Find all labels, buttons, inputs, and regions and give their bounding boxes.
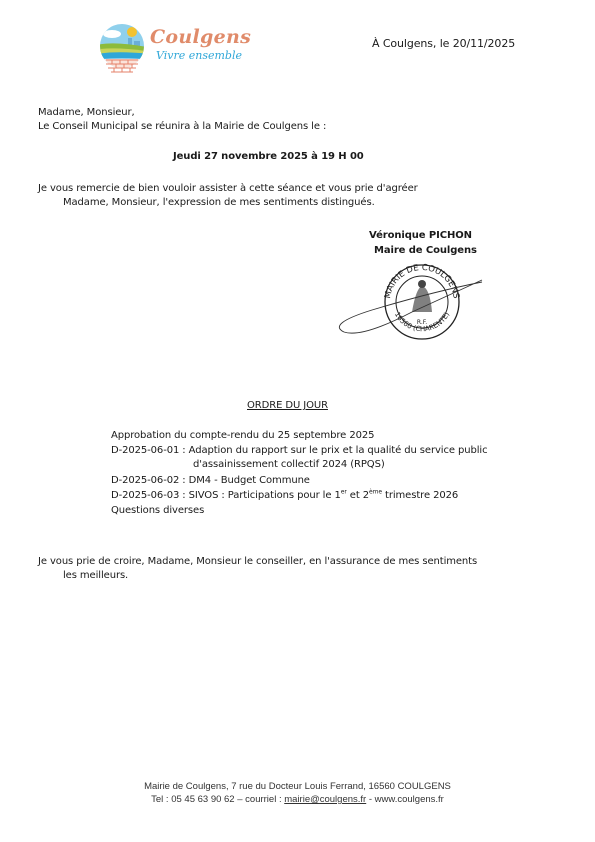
footer-separator: -: [366, 794, 374, 805]
agenda-item: Questions diverses: [111, 504, 204, 517]
thanks-line-1: Je vous remercie de bien vouloir assiste…: [38, 182, 418, 195]
logo-name: Coulgens: [150, 26, 251, 48]
signatory-name: Véronique PICHON: [369, 229, 472, 242]
agenda-item-text: et 2: [347, 490, 369, 501]
closing-line-2: les meilleurs.: [63, 569, 128, 582]
footer-phone: Tel : 05 45 63 90 62 – courriel :: [151, 794, 284, 805]
closing-line-1: Je vous prie de croire, Madame, Monsieur…: [38, 555, 477, 568]
stamp-signature-icon: MAIRIE DE COULGENS 16560 (CHARENTE) R.F.: [332, 262, 492, 342]
thanks-line-2: Madame, Monsieur, l'expression de mes se…: [63, 196, 375, 209]
coulgens-logo: Coulgens Vivre ensemble: [92, 22, 252, 77]
ordinal-suffix: ème: [369, 489, 382, 496]
intro-text: Le Conseil Municipal se réunira à la Mai…: [38, 120, 326, 133]
signatory-title: Maire de Coulgens: [374, 244, 477, 257]
logo-tagline: Vivre ensemble: [156, 49, 242, 62]
svg-text:R.F.: R.F.: [417, 319, 427, 326]
agenda-item-text: trimestre 2026: [382, 490, 458, 501]
agenda-item-continuation: d'assainissement collectif 2024 (RPQS): [193, 458, 385, 471]
footer-email-link[interactable]: mairie@coulgens.fr: [284, 794, 366, 805]
footer-contact: Tel : 05 45 63 90 62 – courriel : mairie…: [0, 794, 595, 805]
logo-emblem-icon: [92, 22, 152, 77]
letter-date: À Coulgens, le 20/11/2025: [372, 37, 515, 50]
agenda-item: D-2025-06-01 : Adaption du rapport sur l…: [111, 444, 488, 457]
salutation: Madame, Monsieur,: [38, 106, 135, 119]
official-stamp: MAIRIE DE COULGENS 16560 (CHARENTE) R.F.: [332, 262, 492, 342]
agenda-item: D-2025-06-03 : SIVOS : Participations po…: [111, 489, 458, 502]
agenda-item: Approbation du compte-rendu du 25 septem…: [111, 429, 374, 442]
agenda-item-text: D-2025-06-03 : SIVOS : Participations po…: [111, 490, 341, 501]
footer-address: Mairie de Coulgens, 7 rue du Docteur Lou…: [0, 781, 595, 792]
agenda-title: ORDRE DU JOUR: [247, 399, 328, 412]
footer-website-link[interactable]: www.coulgens.fr: [375, 794, 444, 805]
agenda-item: D-2025-06-02 : DM4 - Budget Commune: [111, 474, 310, 487]
meeting-date: Jeudi 27 novembre 2025 à 19 H 00: [173, 150, 364, 163]
